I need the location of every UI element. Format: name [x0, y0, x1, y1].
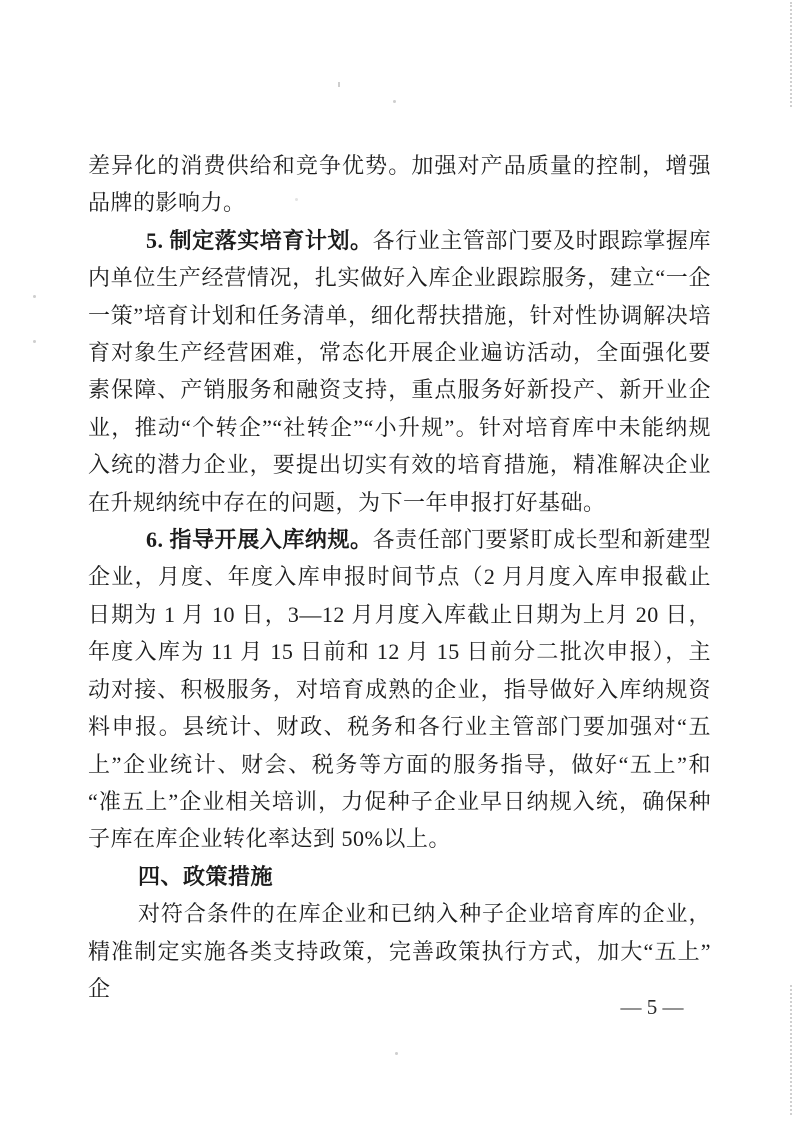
scanned-document-page: 差异化的消费供给和竞争优势。加强对产品质量的控制，增强品牌的影响力。 5. 制定… — [0, 0, 794, 1122]
paragraph-continuation: 差异化的消费供给和竞争优势。加强对产品质量的控制，增强品牌的影响力。 — [88, 147, 711, 222]
page-number: — 5 — — [612, 993, 692, 1021]
item-6-text: 各责任部门要紧盯成长型和新建型企业，月度、年度入库申报时间节点（2 月月度入库申… — [88, 527, 711, 851]
paragraph-item-5: 5. 制定落实培育计划。各行业主管部门要及时跟踪掌握库内单位生产经营情况，扎实做… — [88, 222, 711, 521]
paragraph-item-6: 6. 指导开展入库纳规。各责任部门要紧盯成长型和新建型企业，月度、年度入库申报时… — [88, 521, 711, 858]
scan-artifact — [295, 198, 298, 201]
scan-artifact — [33, 340, 36, 343]
scan-artifact — [338, 82, 340, 87]
scan-edge-artifact — [788, 2, 792, 107]
paragraph-policy: 对符合条件的在库企业和已纳入种子企业培育库的企业，精准制定实施各类支持政策，完善… — [88, 895, 711, 1007]
item-6-lead: 6. 指导开展入库纳规。 — [146, 527, 373, 552]
scan-artifact — [33, 295, 36, 298]
section-heading: 四、政策措施 — [88, 858, 711, 895]
item-5-lead: 5. 制定落实培育计划。 — [146, 228, 373, 253]
scan-edge-artifact — [788, 985, 792, 1115]
scan-artifact — [393, 100, 396, 103]
document-body: 差异化的消费供给和竞争优势。加强对产品质量的控制，增强品牌的影响力。 5. 制定… — [88, 147, 711, 1007]
item-5-text: 各行业主管部门要及时跟踪掌握库内单位生产经营情况，扎实做好入库企业跟踪服务，建立… — [88, 228, 711, 515]
scan-artifact — [395, 1052, 398, 1055]
